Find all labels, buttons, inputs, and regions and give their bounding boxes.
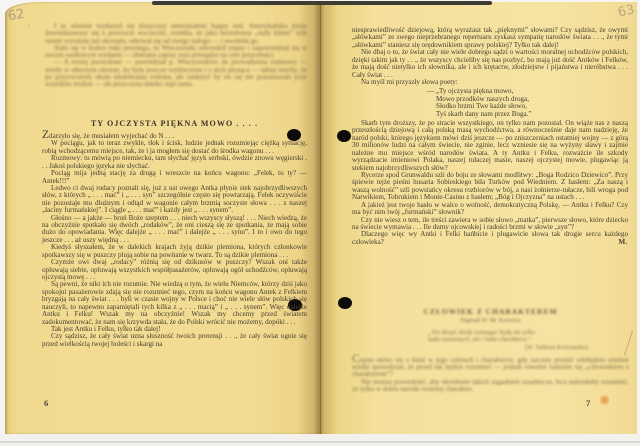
punch-hole <box>338 297 352 309</box>
poem-line: Tyś skarb dany nam przez Boga.” <box>436 111 628 118</box>
body-paragraph: Na myśl mi przyszły słowa poety: <box>352 79 628 86</box>
body-paragraph: niesprawiedliwość dziejową, którą wyraża… <box>352 27 628 49</box>
body-paragraph: Dlaczego więc wy Antki i Felki hańbicie … <box>352 230 628 245</box>
body-paragraph: Rozmowy: tu mówią po niemiecku, tam słyc… <box>42 155 307 170</box>
author-signature: M. <box>610 239 627 246</box>
ink-stain <box>599 395 610 405</box>
blurred-paragraph: I tu właśnie wydarzył się klasyczny amer… <box>45 23 307 45</box>
body-paragraph: Głośno — a jakże — broń Boże szeptem . .… <box>42 215 307 245</box>
scanned-spread: 62 ′ 63 I tu właśnie wydarzył się klasyc… <box>0 0 640 446</box>
scanner-bottom-edge <box>0 434 640 446</box>
body-paragraph: W pociągu, jak to teraz zwykle, tłok i ś… <box>42 140 307 155</box>
epigraph-line: „Nie dosyć, kiedy wymagać będą nie tylko <box>428 329 588 336</box>
body-paragraph: Czy sądzisz, że cały świat uzna słusznoś… <box>42 333 307 348</box>
epigraph-attribution: (W. Tadeusz Kościuszko) <box>428 344 588 351</box>
body-paragraph: Czymże owi dwaj „rodacy” różnią się od d… <box>42 259 307 281</box>
right-page-body: niesprawiedliwość dziejową, którą wyraża… <box>352 27 628 246</box>
body-paragraph: Nie dbaj o to, że świat cały nie wiele d… <box>352 49 628 79</box>
blurred-text-block-left: I tu właśnie wydarzył się klasyczny amer… <box>45 23 307 119</box>
blurred-epigraph: „Nie dosyć, kiedy wymagać będą nie tylko… <box>428 329 588 343</box>
punch-hole <box>337 130 351 142</box>
gutter-crease-line <box>320 2 321 434</box>
blurred-paragraph: Stało się w końcu roku pewnego, że Wiecz… <box>45 45 307 60</box>
page-edge-shadow <box>152 1 492 5</box>
body-paragraph-with-signature: Dlaczego więc wy Antki i Felki hańbicie … <box>352 231 628 246</box>
body-paragraph: Czy nie wiesz o tem, ile treści zawiera … <box>352 217 628 232</box>
body-paragraph: Skarb tym droższy, że po stracie wszystk… <box>352 120 628 172</box>
body-paragraph: Ledwo ci dwaj rodacy poznali się, już z … <box>42 185 307 215</box>
page-number-6: 6 <box>44 398 48 408</box>
handwritten-page-number-left: 62 <box>7 7 26 25</box>
body-paragraph: Kiedyś słyszałem, że w dalekich krajach … <box>42 244 307 259</box>
poem-quote: — „Ty ojczysta piękna mowo, Mowo przodkó… <box>436 88 628 118</box>
blurred-next-article: CZŁOWIEK Z CHARAKTEREM Napisał W. M. Kor… <box>352 308 629 406</box>
article-title: TY OJCZYSTA PIĘKNA MOWO . . . . <box>42 119 307 128</box>
blurred-paragraph: Często mówi się o kimś w jego zaletach i… <box>352 356 629 379</box>
blurred-article-heading: CZŁOWIEK Z CHARAKTEREM <box>352 308 629 315</box>
body-paragraph: Pociąg mija jedną stację za drugą i wres… <box>42 170 307 185</box>
epigraph-line: ludzi rozumnych, ale i ludzi charakteru.… <box>428 336 588 343</box>
blurred-article-subtitle: Napisał W. M. Korwicz <box>352 317 629 324</box>
scanner-bottom-line <box>0 441 640 443</box>
blurred-paragraph: — A resztę pozwolono — powiedział p. Wie… <box>45 59 307 88</box>
blurred-paragraph: Nie można powiedzieć, aby określenie tak… <box>352 379 629 394</box>
page-number-7: 7 <box>586 398 590 408</box>
body-paragraph: A jakież jest twoje hasło w walce o woln… <box>352 202 628 217</box>
left-page-body: Zdarzyło się, że musiałem wyjechać do N … <box>42 132 307 348</box>
body-paragraph: Są pewni, że nikt ich nie rozumie. Nie w… <box>42 281 307 326</box>
body-paragraph: Rycerze spod Grunwaldu szli do boju ze s… <box>352 172 628 202</box>
